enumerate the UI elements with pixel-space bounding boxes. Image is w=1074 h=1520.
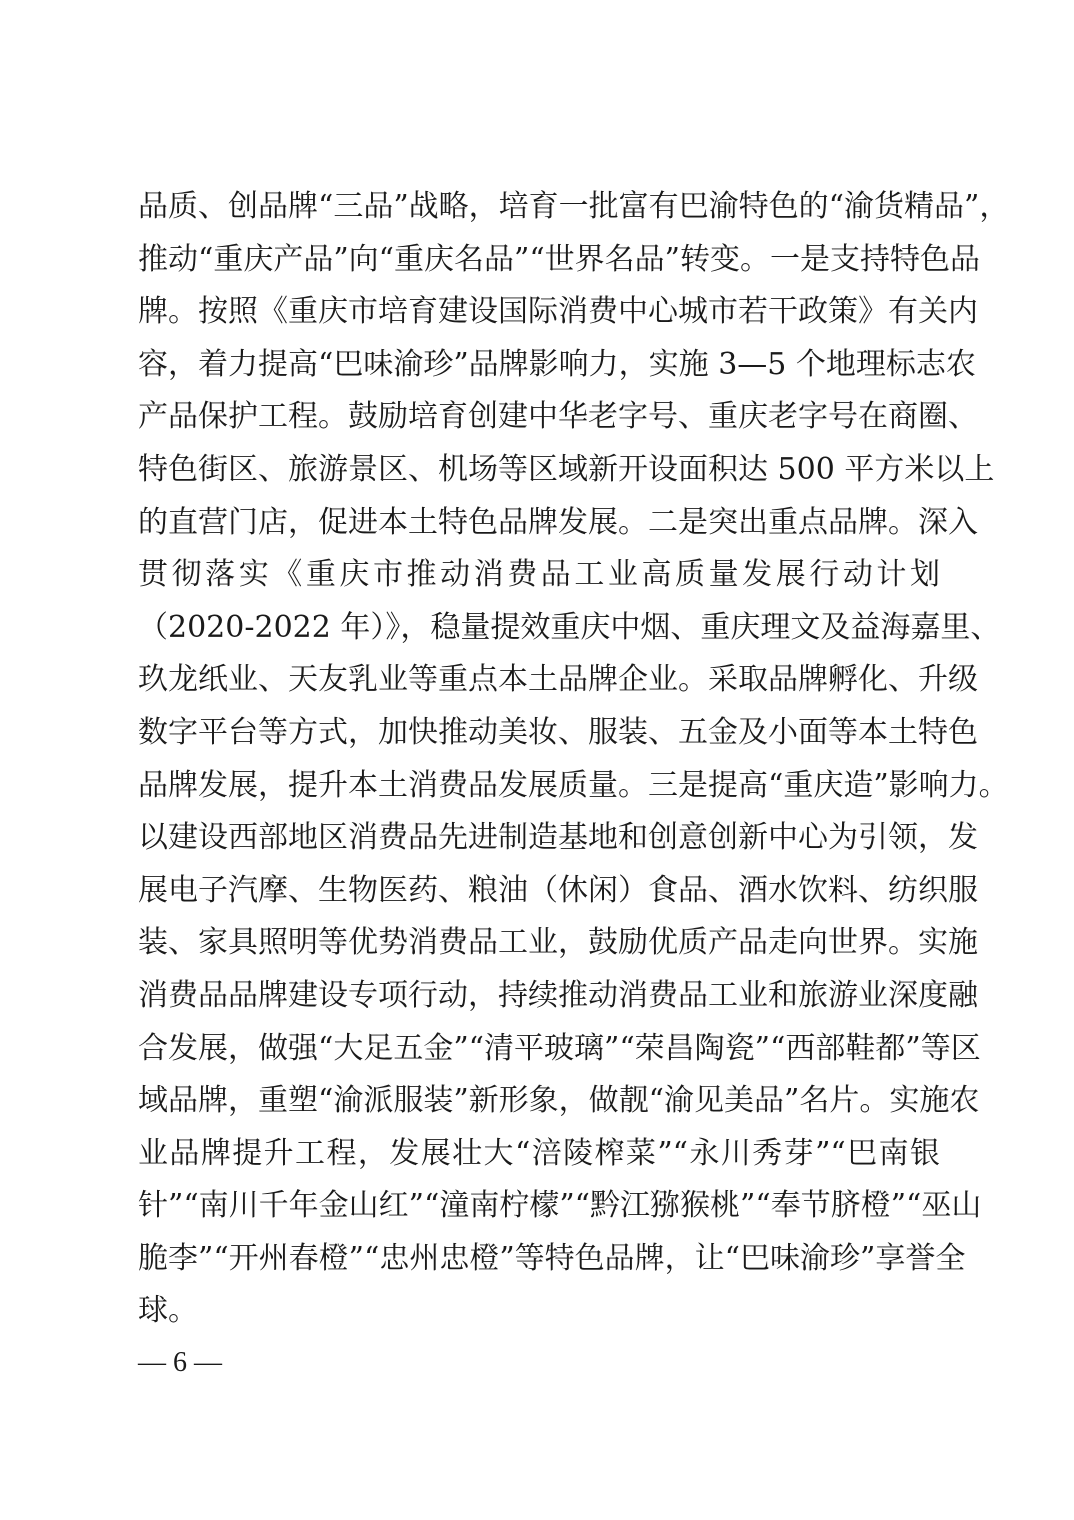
text-line: 脆李”“开州春橙”“忠州忠橙”等特色品牌，让“巴味渝珍”享誉全	[138, 1233, 940, 1286]
text-line: 业品牌提升工程，发展壮大“涪陵榨菜”“永川秀芽”“巴南银	[138, 1128, 940, 1181]
text-line: 针”“南川千年金山红”“潼南柠檬”“黔江猕猴桃”“奉节脐橙”“巫山	[138, 1180, 940, 1233]
text-line: 域品牌，重塑“渝派服装”新形象，做靓“渝见美品”名片。实施农	[138, 1075, 940, 1128]
text-line: 以建设西部地区消费品先进制造基地和创意创新中心为引领，发	[138, 812, 940, 865]
text-line: 合发展，做强“大足五金”“清平玻璃”“荣昌陶瓷”“西部鞋都”等区	[138, 1023, 940, 1076]
text-line: 展电子汽摩、生物医药、粮油（休闲）食品、酒水饮料、纺织服	[138, 865, 940, 918]
text-line: 品质、创品牌“三品”战略，培育一批富有巴渝特色的“渝货精品”，	[138, 181, 940, 234]
text-line: 的直营门店，促进本土特色品牌发展。二是突出重点品牌。深入	[138, 497, 940, 550]
text-line: 玖龙纸业、天友乳业等重点本土品牌企业。采取品牌孵化、升级	[138, 654, 940, 707]
page-number: — 6 —	[138, 1345, 222, 1381]
text-line: 牌。按照《重庆市培育建设国际消费中心城市若干政策》有关内	[138, 286, 940, 339]
text-line: 品牌发展，提升本土消费品发展质量。三是提高“重庆造”影响力。	[138, 760, 940, 813]
text-line: 数字平台等方式，加快推动美妆、服装、五金及小面等本土特色	[138, 707, 940, 760]
text-line: 容，着力提高“巴味渝珍”品牌影响力，实施 3—5 个地理标志农	[138, 339, 940, 392]
text-line: 推动“重庆产品”向“重庆名品”“世界名品”转变。一是支持特色品	[138, 234, 940, 287]
text-line: 贯彻落实《重庆市推动消费品工业高质量发展行动计划	[138, 549, 940, 602]
document-page: 品质、创品牌“三品”战略，培育一批富有巴渝特色的“渝货精品”， 推动“重庆产品”…	[0, 0, 1074, 1520]
text-line: 产品保护工程。鼓励培育创建中华老字号、重庆老字号在商圈、	[138, 391, 940, 444]
text-line: 特色街区、旅游景区、机场等区域新开设面积达 500 平方米以上	[138, 444, 940, 497]
text-line: 装、家具照明等优势消费品工业，鼓励优质产品走向世界。实施	[138, 917, 940, 970]
text-line: 球。	[138, 1285, 940, 1338]
body-paragraph: 品质、创品牌“三品”战略，培育一批富有巴渝特色的“渝货精品”， 推动“重庆产品”…	[138, 181, 940, 1338]
text-line: （2020-2022 年）》，稳量提效重庆中烟、重庆理文及益海嘉里、	[138, 602, 940, 655]
text-line: 消费品品牌建设专项行动，持续推动消费品工业和旅游业深度融	[138, 970, 940, 1023]
